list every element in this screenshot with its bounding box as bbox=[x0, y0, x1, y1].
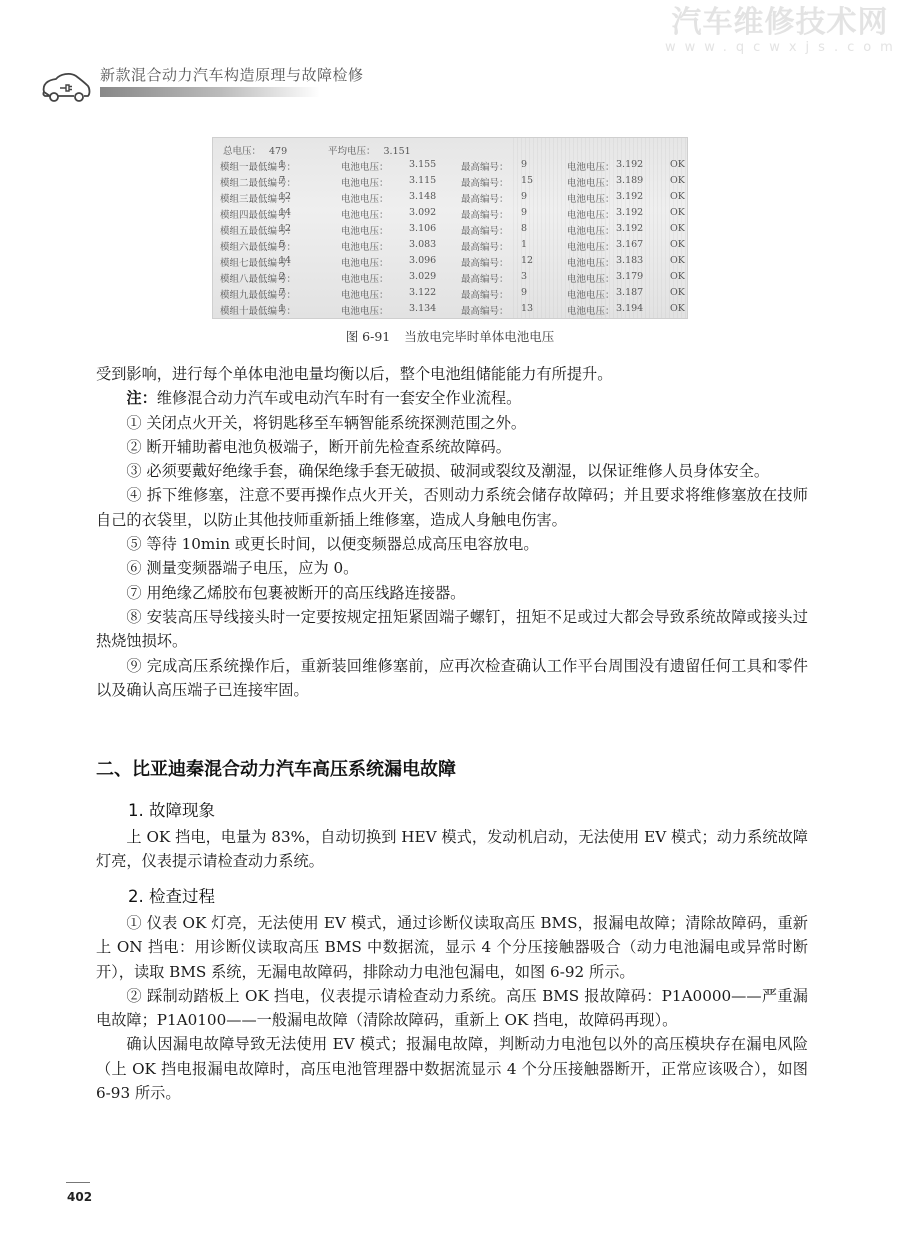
inspection-text: ① 仪表 OK 灯亮，无法使用 EV 模式，通过诊断仪读取高压 BMS，报漏电故… bbox=[96, 911, 808, 1105]
status: OK bbox=[670, 239, 685, 250]
page-number-rule bbox=[66, 1182, 90, 1183]
voltage-label: 电池电压： bbox=[341, 175, 389, 189]
voltage-label: 电池电压： bbox=[341, 271, 389, 285]
paragraph: ① 仪表 OK 灯亮，无法使用 EV 模式，通过诊断仪读取高压 BMS，报漏电故… bbox=[96, 911, 808, 984]
status: OK bbox=[670, 223, 685, 234]
step-5: ⑤ 等待 10min 或更长时间，以便变频器总成高压电容放电。 bbox=[96, 532, 808, 556]
low-cell-no: 14 bbox=[279, 255, 291, 266]
low-cell-no: 1 bbox=[279, 159, 285, 170]
step-2: ② 断开辅助蓄电池负极端子，断开前先检查系统故障码。 bbox=[96, 435, 808, 459]
book-title: 新款混合动力汽车构造原理与故障检修 bbox=[100, 64, 364, 85]
high-voltage: 3.189 bbox=[616, 175, 643, 186]
low-voltage: 3.106 bbox=[409, 223, 436, 234]
high-cell-no: 9 bbox=[521, 159, 527, 170]
low-voltage: 3.083 bbox=[409, 239, 436, 250]
low-voltage: 3.029 bbox=[409, 271, 436, 282]
voltage-label: 电池电压： bbox=[567, 255, 615, 269]
step-1: ① 关闭点火开关，将钥匙移至车辆智能系统探测范围之外。 bbox=[96, 411, 808, 435]
paragraph: 确认因漏电故障导致无法使用 EV 模式；报漏电故障，判断动力电池包以外的高压模块… bbox=[96, 1032, 808, 1105]
paragraph: 受到影响，进行每个单体电池电量均衡以后，整个电池组储能能力有所提升。 bbox=[96, 362, 808, 386]
step-9: ⑨ 完成高压系统操作后，重新装回维修塞前，应再次检查确认工作平台周围没有遗留任何… bbox=[96, 654, 808, 703]
high-voltage: 3.192 bbox=[616, 207, 643, 218]
high-cell-no: 3 bbox=[521, 271, 527, 282]
low-cell-no: 12 bbox=[279, 223, 291, 234]
note-paragraph: 注：维修混合动力汽车或电动汽车时有一套安全作业流程。 bbox=[96, 386, 808, 410]
low-voltage: 3.134 bbox=[409, 303, 436, 314]
paragraph: 上 OK 挡电，电量为 83%，自动切换到 HEV 模式，发动机启动，无法使用 … bbox=[96, 825, 808, 874]
voltage-label: 电池电压： bbox=[341, 287, 389, 301]
step-8: ⑧ 安装高压导线接头时一定要按规定扭矩紧固端子螺钉，扭矩不足或过大都会导致系统故… bbox=[96, 605, 808, 654]
step-3: ③ 必须要戴好绝缘手套，确保绝缘手套无破损、破洞或裂纹及潮湿，以保证维修人员身体… bbox=[96, 459, 808, 483]
voltage-label: 电池电压： bbox=[567, 191, 615, 205]
avg-voltage-label: 平均电压： bbox=[328, 146, 376, 157]
high-label: 最高编号： bbox=[461, 159, 509, 173]
low-cell-no: 7 bbox=[279, 175, 285, 186]
low-cell-no: 5 bbox=[279, 239, 285, 250]
high-cell-no: 13 bbox=[521, 303, 533, 314]
high-voltage: 3.167 bbox=[616, 239, 643, 250]
low-voltage: 3.122 bbox=[409, 287, 436, 298]
low-cell-no: 1 bbox=[279, 303, 285, 314]
high-voltage: 3.183 bbox=[616, 255, 643, 266]
voltage-label: 电池电压： bbox=[341, 191, 389, 205]
status: OK bbox=[670, 207, 685, 218]
step-7: ⑦ 用绝缘乙烯胶布包裹被断开的高压线路连接器。 bbox=[96, 581, 808, 605]
high-cell-no: 12 bbox=[521, 255, 533, 266]
low-cell-no: 2 bbox=[279, 271, 285, 282]
voltage-label: 电池电压： bbox=[567, 159, 615, 173]
high-cell-no: 15 bbox=[521, 175, 533, 186]
battery-voltage-figure: 总电压：479 平均电压：3.151 模组一最低编号：1电池电压：3.155最高… bbox=[212, 137, 688, 319]
site-watermark: 汽车维修技术网 www.qcwxjs.com bbox=[665, 6, 895, 56]
high-voltage: 3.194 bbox=[616, 303, 643, 314]
voltage-label: 电池电压： bbox=[341, 159, 389, 173]
figure-caption-text: 当放电完毕时单体电池电压 bbox=[404, 329, 554, 344]
figure-caption: 图 6-91当放电完毕时单体电池电压 bbox=[0, 327, 900, 345]
low-voltage: 3.148 bbox=[409, 191, 436, 202]
high-label: 最高编号： bbox=[461, 175, 509, 189]
voltage-label: 电池电压： bbox=[341, 207, 389, 221]
low-cell-no: 12 bbox=[279, 191, 291, 202]
avg-voltage-value: 3.151 bbox=[384, 146, 411, 157]
high-cell-no: 8 bbox=[521, 223, 527, 234]
status: OK bbox=[670, 255, 685, 266]
voltage-label: 电池电压： bbox=[341, 239, 389, 253]
status: OK bbox=[670, 175, 685, 186]
watermark-title: 汽车维修技术网 bbox=[665, 6, 895, 40]
voltage-label: 电池电压： bbox=[567, 287, 615, 301]
voltage-label: 电池电压： bbox=[341, 255, 389, 269]
total-voltage-label: 总电压： bbox=[223, 146, 261, 157]
status: OK bbox=[670, 191, 685, 202]
high-cell-no: 9 bbox=[521, 287, 527, 298]
voltage-label: 电池电压： bbox=[567, 175, 615, 189]
page-number: 402 bbox=[67, 1190, 92, 1204]
high-label: 最高编号： bbox=[461, 223, 509, 237]
high-label: 最高编号： bbox=[461, 191, 509, 205]
status: OK bbox=[670, 271, 685, 282]
high-label: 最高编号： bbox=[461, 239, 509, 253]
high-voltage: 3.192 bbox=[616, 191, 643, 202]
low-voltage: 3.115 bbox=[409, 175, 436, 186]
high-voltage: 3.192 bbox=[616, 223, 643, 234]
voltage-label: 电池电压： bbox=[567, 223, 615, 237]
voltage-label: 电池电压： bbox=[567, 239, 615, 253]
electric-car-icon bbox=[40, 70, 92, 104]
voltage-label: 电池电压： bbox=[567, 271, 615, 285]
title-gradient-bar bbox=[100, 87, 320, 97]
high-cell-no: 9 bbox=[521, 191, 527, 202]
subsection-heading-inspection: 2. 检查过程 bbox=[128, 883, 215, 907]
high-label: 最高编号： bbox=[461, 271, 509, 285]
figure-number: 图 6-91 bbox=[346, 329, 391, 344]
high-cell-no: 1 bbox=[521, 239, 527, 250]
total-voltage-value: 479 bbox=[269, 146, 287, 157]
low-cell-no: 7 bbox=[279, 287, 285, 298]
voltage-label: 电池电压： bbox=[567, 303, 615, 317]
high-label: 最高编号： bbox=[461, 207, 509, 221]
voltage-label: 电池电压： bbox=[341, 223, 389, 237]
subsection-heading-symptom: 1. 故障现象 bbox=[128, 797, 215, 821]
note-label: 注： bbox=[126, 389, 156, 407]
voltage-label: 电池电压： bbox=[341, 303, 389, 317]
status: OK bbox=[670, 303, 685, 314]
note-text: 维修混合动力汽车或电动汽车时有一套安全作业流程。 bbox=[157, 389, 522, 407]
section-heading: 二、比亚迪秦混合动力汽车高压系统漏电故障 bbox=[96, 755, 456, 781]
status: OK bbox=[670, 287, 685, 298]
low-voltage: 3.155 bbox=[409, 159, 436, 170]
high-cell-no: 9 bbox=[521, 207, 527, 218]
voltage-label: 电池电压： bbox=[567, 207, 615, 221]
high-label: 最高编号： bbox=[461, 255, 509, 269]
safety-procedure-text: 受到影响，进行每个单体电池电量均衡以后，整个电池组储能能力有所提升。 注：维修混… bbox=[96, 362, 808, 702]
paragraph: ② 踩制动踏板上 OK 挡电，仪表提示请检查动力系统。高压 BMS 报故障码：P… bbox=[96, 984, 808, 1033]
low-voltage: 3.092 bbox=[409, 207, 436, 218]
high-voltage: 3.187 bbox=[616, 287, 643, 298]
high-label: 最高编号： bbox=[461, 287, 509, 301]
high-voltage: 3.179 bbox=[616, 271, 643, 282]
watermark-url: www.qcwxjs.com bbox=[665, 40, 895, 56]
low-cell-no: 14 bbox=[279, 207, 291, 218]
step-6: ⑥ 测量变频器端子电压，应为 0。 bbox=[96, 556, 808, 580]
status: OK bbox=[670, 159, 685, 170]
symptom-text: 上 OK 挡电，电量为 83%，自动切换到 HEV 模式，发动机启动，无法使用 … bbox=[96, 825, 808, 874]
high-voltage: 3.192 bbox=[616, 159, 643, 170]
high-label: 最高编号： bbox=[461, 303, 509, 317]
low-voltage: 3.096 bbox=[409, 255, 436, 266]
step-4: ④ 拆下维修塞，注意不要再操作点火开关，否则动力系统会储存故障码；并且要求将维修… bbox=[96, 483, 808, 532]
